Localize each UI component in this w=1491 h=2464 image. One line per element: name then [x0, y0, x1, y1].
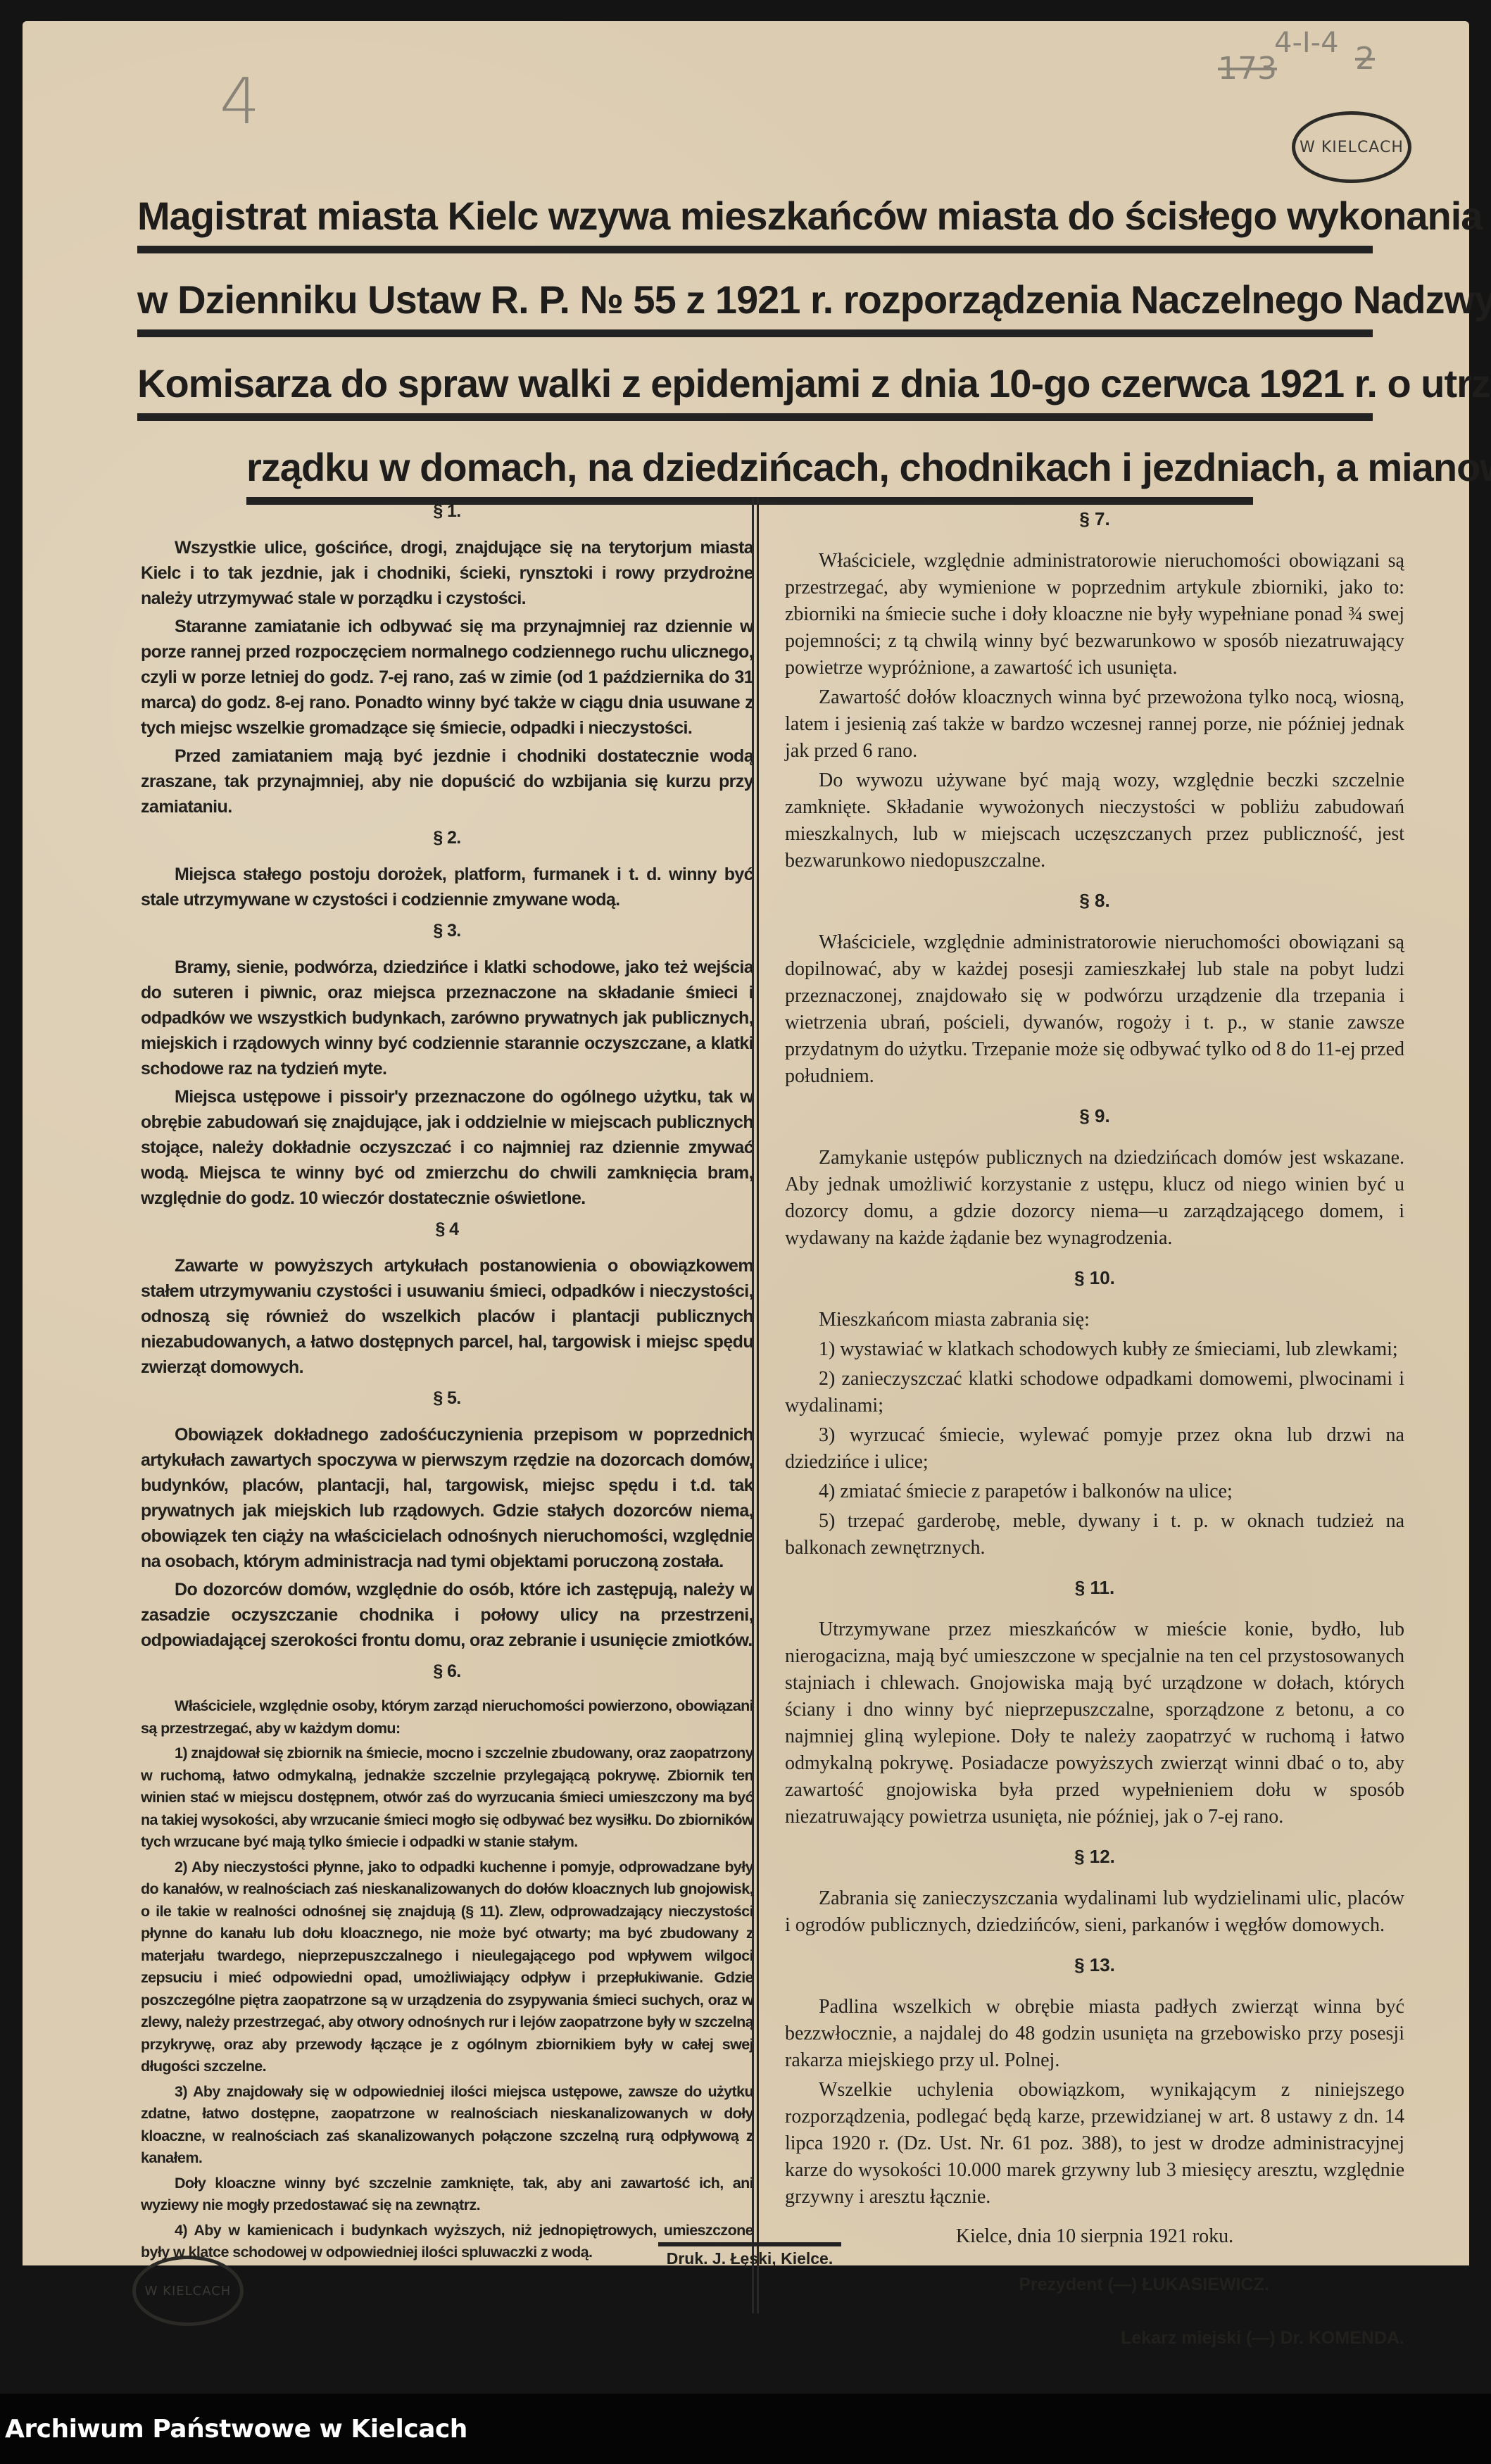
paragraph: Zawarte w powyższych artykułach postanow…	[141, 1253, 753, 1380]
section-heading: § 11.	[785, 1574, 1404, 1601]
section-heading: § 12.	[785, 1843, 1404, 1870]
section-heading: § 13.	[785, 1951, 1404, 1978]
paragraph: Bramy, sienie, podwórza, dziedzińce i kl…	[141, 955, 753, 1081]
pencil-signature-top: 4-I-4	[1274, 27, 1339, 59]
paragraph: Doły kloaczne winny być szczelnie zamkni…	[141, 2173, 753, 2217]
pencil-number-left: 4	[220, 65, 260, 139]
list-item: 1) wystawiać w klatkach schodowych kubły…	[785, 1336, 1404, 1363]
paragraph: Przed zamiataniem mają być jezdnie i cho…	[141, 743, 753, 819]
section-12: § 12. Zabrania się zanieczyszczania wyda…	[785, 1843, 1404, 1939]
paragraph: Do wywozu używane być mają wozy, względn…	[785, 767, 1404, 874]
section-7: § 7. Właściciele, względnie administrato…	[785, 505, 1404, 874]
section-heading: § 9.	[785, 1102, 1404, 1129]
headline-line-3: Komisarza do spraw walki z epidemjami z …	[137, 354, 1373, 421]
paragraph: Właściciele, względnie osoby, którym zar…	[141, 1695, 753, 1740]
signature-president: Prezydent (—) ŁUKASIEWICZ.	[785, 2271, 1404, 2298]
paragraph: Wszystkie ulice, gościńce, drogi, znajdu…	[141, 535, 753, 611]
list-item: 4) zmiatać śmiecie z parapetów i balkonó…	[785, 1478, 1404, 1505]
paragraph: Zabrania się zanieczyszczania wydalinami…	[785, 1885, 1404, 1939]
section-11: § 11. Utrzymywane przez mieszkańców w mi…	[785, 1574, 1404, 1830]
paragraph: Zawartość dołów kloacznych winna być prz…	[785, 684, 1404, 765]
paragraph: 2) Aby nieczystości płynne, jako to odpa…	[141, 1856, 753, 2078]
left-column: § 1. Wszystkie ulice, gościńce, drogi, z…	[141, 493, 753, 2267]
section-heading: § 4	[141, 1217, 753, 1242]
paragraph: Miejsca ustępowe i pissoir'y przeznaczon…	[141, 1084, 753, 1211]
stamp-text: W KIELCACH	[1300, 139, 1404, 156]
section-13: § 13. Padlina wszelkich w obrębie miasta…	[785, 1951, 1404, 2211]
section-2: § 2. Miejsca stałego postoju dorożek, pl…	[141, 825, 753, 912]
section-heading: § 8.	[785, 887, 1404, 914]
headline: Magistrat miasta Kielc wzywa mieszkańców…	[137, 187, 1373, 522]
section-8: § 8. Właściciele, względnie administrato…	[785, 887, 1404, 1090]
pencil-number-right: 2	[1355, 41, 1375, 77]
section-heading: § 6.	[141, 1659, 753, 1684]
paragraph: Wszelkie uchylenia obowiązkom, wynikając…	[785, 2077, 1404, 2211]
section-10: § 10. Mieszkańcom miasta zabrania się: 1…	[785, 1264, 1404, 1561]
section-1: § 1. Wszystkie ulice, gościńce, drogi, z…	[141, 498, 753, 819]
section-heading: § 7.	[785, 505, 1404, 532]
section-3: § 3. Bramy, sienie, podwórza, dziedzińce…	[141, 918, 753, 1211]
section-heading: § 2.	[141, 825, 753, 850]
list-item: 3) wyrzucać śmiecie, wylewać pomyje prze…	[785, 1422, 1404, 1476]
section-4: § 4 Zawarte w powyższych artykułach post…	[141, 1217, 753, 1380]
stamp-text: W KIELCACH	[145, 2284, 232, 2299]
paragraph: Zamykanie ustępów publicznych na dziedzi…	[785, 1145, 1404, 1252]
paragraph: Obowiązek dokładnego zadośćuczynienia pr…	[141, 1422, 753, 1574]
column-divider	[752, 497, 759, 2313]
paragraph: Staranne zamiatanie ich odbywać się ma p…	[141, 614, 753, 741]
section-5: § 5. Obowiązek dokładnego zadośćuczynien…	[141, 1385, 753, 1653]
list-item: 5) trzepać garderobę, meble, dywany i t.…	[785, 1508, 1404, 1561]
archive-stamp-top: W KIELCACH	[1292, 111, 1411, 183]
section-heading: § 10.	[785, 1264, 1404, 1291]
date-line: Kielce, dnia 10 sierpnia 1921 roku.	[785, 2223, 1404, 2250]
paragraph: 1) znajdował się zbiornik na śmiecie, mo…	[141, 1742, 753, 1854]
paragraph: Miejsca stałego postoju dorożek, platfor…	[141, 862, 753, 912]
archive-name: Archiwum Państwowe w Kielcach	[5, 2415, 467, 2444]
section-6: § 6. Właściciele, względnie osoby, który…	[141, 1659, 753, 2264]
section-9: § 9. Zamykanie ustępów publicznych na dz…	[785, 1102, 1404, 1252]
list-item: 2) zanieczyszczać klatki schodowe odpadk…	[785, 1366, 1404, 1419]
pencil-crossed-number: 173	[1218, 51, 1277, 87]
signature-doctor: Lekarz miejski (—) Dr. KOMENDA.	[785, 2325, 1404, 2351]
paragraph: Padlina wszelkich w obrębie miasta padły…	[785, 1994, 1404, 2074]
paragraph: Utrzymywane przez mieszkańców w mieście …	[785, 1616, 1404, 1830]
section-heading: § 5.	[141, 1385, 753, 1411]
paragraph: Do dozorców domów, względnie do osób, kt…	[141, 1577, 753, 1653]
paragraph: Właściciele, względnie administratorowie…	[785, 929, 1404, 1090]
paragraph: Mieszkańcom miasta zabrania się:	[785, 1307, 1404, 1333]
paragraph: Właściciele, względnie administratorowie…	[785, 548, 1404, 681]
section-heading: § 1.	[141, 498, 753, 524]
headline-line-2: w Dzienniku Ustaw R. P. № 55 z 1921 r. r…	[137, 270, 1373, 337]
headline-line-1: Magistrat miasta Kielc wzywa mieszkańców…	[137, 187, 1373, 253]
paragraph: 3) Aby znajdowały się w odpowiedniej ilo…	[141, 2081, 753, 2170]
printer-imprint: Druk. J. Łęski, Kielce.	[658, 2242, 841, 2268]
section-heading: § 3.	[141, 918, 753, 943]
right-column: § 7. Właściciele, względnie administrato…	[785, 493, 1404, 2351]
